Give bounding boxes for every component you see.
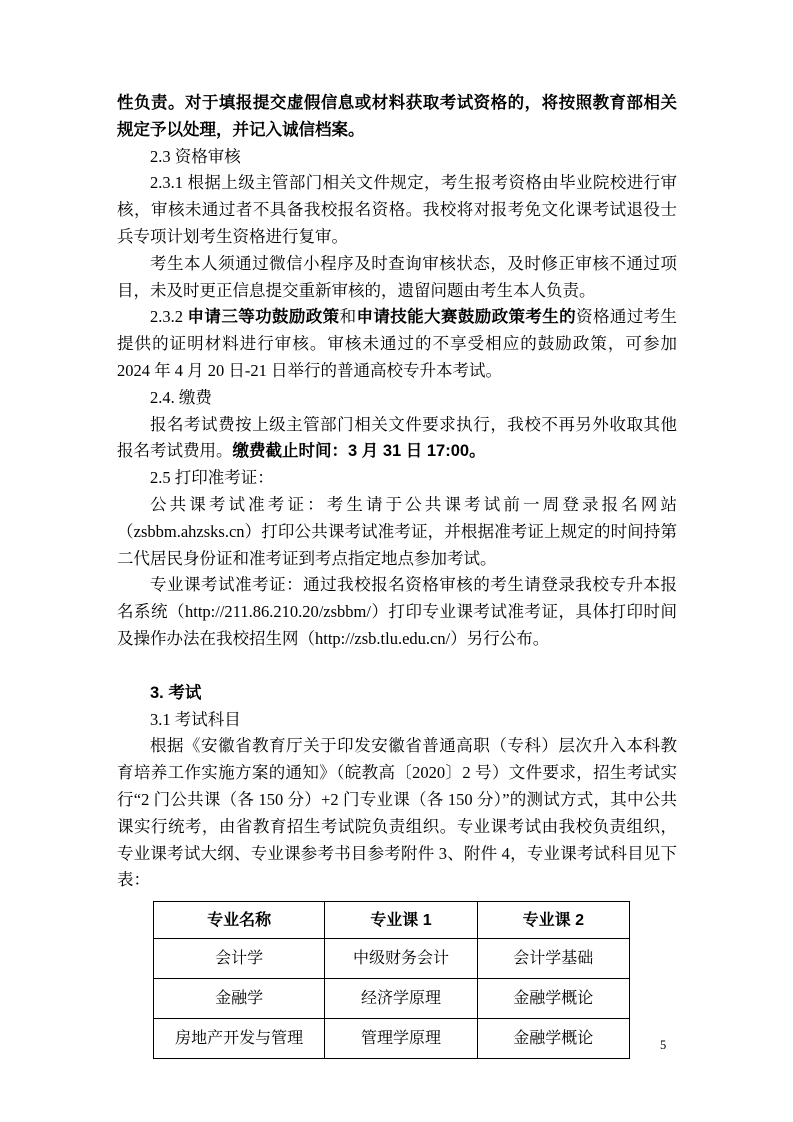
run-skill-contest-policy: 申请技能大赛鼓励政策考生的 bbox=[356, 308, 576, 326]
table-header-course-1: 专业课 1 bbox=[325, 902, 477, 939]
heading-2-5-print-ticket: 2.5 打印准考证： bbox=[117, 465, 677, 492]
heading-2-4-payment: 2.4. 缴费 bbox=[117, 385, 677, 412]
document-page: 性负责。对于填报提交虚假信息或材料获取考试资格的，将按照教育部相关规定予以处理，… bbox=[0, 0, 793, 1122]
document-body: 性负责。对于填报提交虚假信息或材料获取考试资格的，将按照教育部相关规定予以处理，… bbox=[117, 90, 677, 1059]
exam-subjects-table: 专业名称 专业课 1 专业课 2 会计学 中级财务会计 会计学基础 金融学 经济… bbox=[153, 901, 630, 1059]
paragraph-payment: 报名考试费按上级主管部门相关文件要求执行，我校不再另外收取其他报名考试费用。缴费… bbox=[117, 412, 677, 466]
run-and: 和 bbox=[340, 307, 357, 326]
table-cell: 管理学原理 bbox=[325, 1019, 477, 1059]
paragraph-exam-policy: 根据《安徽省教育厅关于印发安徽省普通高职（专科）层次升入本科教育培养工作实施方案… bbox=[117, 733, 677, 894]
paragraph-major-course-ticket: 专业课考试准考证：通过我校报名资格审核的考生请登录我校专升本报名系统（http:… bbox=[117, 572, 677, 652]
heading-3-exam: 3. 考试 bbox=[117, 680, 677, 707]
paragraph-2-3-2: 2.3.2 申请三等功鼓励政策和申请技能大赛鼓励政策考生的资格通过考生提供的证明… bbox=[117, 304, 677, 384]
table-row: 房地产开发与管理 管理学原理 金融学概论 bbox=[154, 1019, 630, 1059]
run-merit-policy: 申请三等功鼓励政策 bbox=[188, 308, 340, 326]
table-cell: 金融学概论 bbox=[477, 1019, 629, 1059]
run-payment-deadline: 缴费截止时间：3 月 31 日 17:00。 bbox=[233, 442, 486, 460]
table-cell: 房地产开发与管理 bbox=[154, 1019, 325, 1059]
table-header-major-name: 专业名称 bbox=[154, 902, 325, 939]
table-cell: 金融学概论 bbox=[477, 979, 629, 1019]
table-cell: 会计学基础 bbox=[477, 939, 629, 979]
table-cell: 会计学 bbox=[154, 939, 325, 979]
table-header-course-2: 专业课 2 bbox=[477, 902, 629, 939]
paragraph-integrity-warning: 性负责。对于填报提交虚假信息或材料获取考试资格的，将按照教育部相关规定予以处理，… bbox=[117, 90, 677, 144]
paragraph-wechat-check: 考生本人须通过微信小程序及时查询审核状态，及时修正审核不通过项目，未及时更正信息… bbox=[117, 251, 677, 305]
table-header-row: 专业名称 专业课 1 专业课 2 bbox=[154, 902, 630, 939]
table-cell: 中级财务会计 bbox=[325, 939, 477, 979]
page-number: 5 bbox=[660, 1038, 666, 1053]
table-row: 会计学 中级财务会计 会计学基础 bbox=[154, 939, 630, 979]
heading-2-3-qualification-review: 2.3 资格审核 bbox=[117, 144, 677, 171]
table-row: 金融学 经济学原理 金融学概论 bbox=[154, 979, 630, 1019]
table-cell: 金融学 bbox=[154, 979, 325, 1019]
run-number: 2.3.2 bbox=[150, 307, 188, 326]
heading-3-1-exam-subjects: 3.1 考试科目 bbox=[117, 707, 677, 734]
table-cell: 经济学原理 bbox=[325, 979, 477, 1019]
paragraph-public-course-ticket: 公共课考试准考证：考生请于公共课考试前一周登录报名网站（zsbbm.ahzsks… bbox=[117, 492, 677, 572]
paragraph-2-3-1: 2.3.1 根据上级主管部门相关文件规定，考生报考资格由毕业院校进行审核，审核未… bbox=[117, 170, 677, 250]
